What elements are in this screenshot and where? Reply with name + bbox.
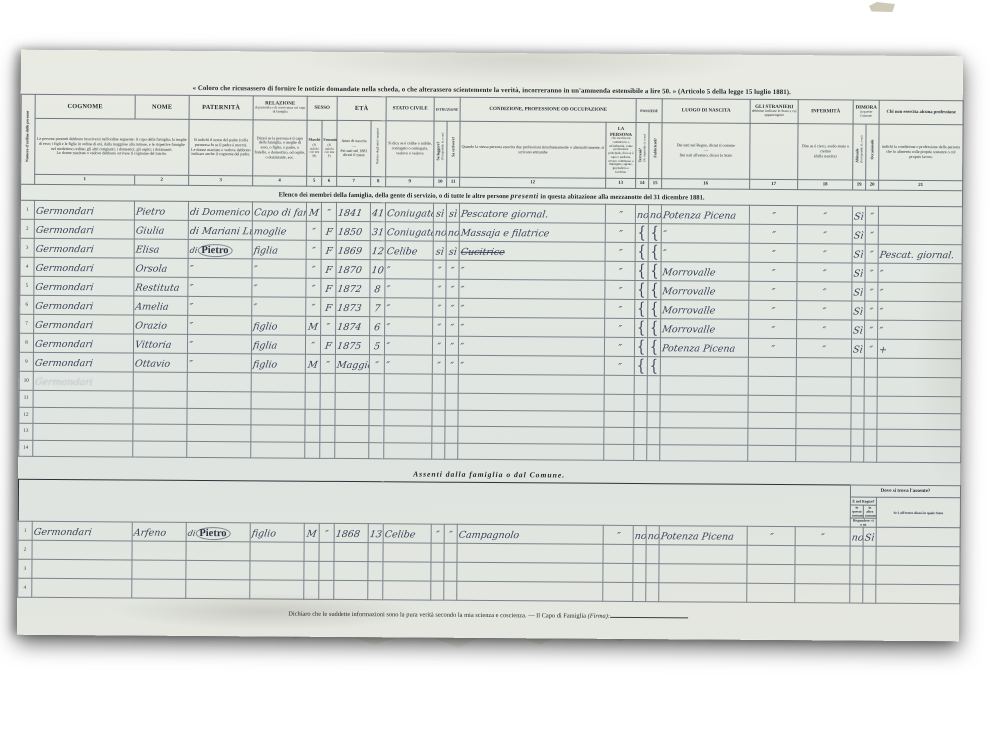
cell-anno: 1869 [336, 240, 370, 259]
cell-m [305, 392, 320, 409]
cell-stran [748, 357, 796, 376]
cell-inf [796, 445, 851, 462]
cell-luogo: Potenza Picena [660, 338, 748, 358]
cell-nome [133, 391, 187, 408]
cell-luogo [659, 545, 747, 565]
cell-leg [432, 443, 445, 460]
cell-nome: Vittoria [133, 334, 187, 353]
row-number: 4 [18, 579, 32, 598]
cell-stran: ″ [749, 224, 797, 243]
cell-persona [604, 375, 634, 394]
cell-relazione: figlio [250, 523, 304, 542]
cell-chi [876, 547, 960, 567]
cell-cond [458, 443, 604, 461]
note-anno-nascita: Anno di nascita — Pei nati nel 1881 dice… [337, 120, 371, 176]
row-number: 10 [19, 371, 33, 390]
cell-occ [864, 396, 877, 413]
cell-m: ″ [305, 335, 320, 354]
cell-occ: ″ [865, 263, 878, 282]
dove-box-title: Dove si trova l'assente? [850, 485, 960, 498]
cell-fabb [647, 411, 660, 428]
cell-scr [445, 374, 458, 393]
cell-cond [458, 393, 604, 411]
cell-stato [383, 581, 431, 600]
cell-stato [384, 426, 432, 443]
cell-f: F [321, 278, 336, 297]
cell-stran [748, 376, 796, 395]
cell-leg: sì [433, 203, 446, 222]
cell-persona [603, 583, 633, 602]
cell-scr [445, 443, 458, 460]
cell-anni: 6 [370, 317, 385, 336]
row-number: 8 [19, 333, 33, 352]
cell-paternita [186, 561, 250, 580]
cell-stato [384, 443, 432, 460]
cell-nome [132, 560, 186, 579]
cell-leg: ″ [432, 336, 445, 355]
cell-anno: 1841 [336, 202, 370, 221]
cell-terr: { [635, 243, 648, 262]
cell-relazione: moglie [252, 221, 306, 240]
cell-stran: ″ [749, 300, 797, 319]
cell-leg [431, 581, 444, 600]
cell-f [320, 409, 335, 426]
subheader-terreni: Terreni?(Si risponda: sì, o no) [636, 123, 649, 179]
cell-inf [796, 412, 851, 429]
cell-occ: ″ [865, 244, 878, 263]
cell-paternita [186, 542, 250, 561]
cell-relazione: ″ [252, 278, 306, 297]
cell-fabb [647, 444, 660, 461]
cell-nome: Ottavio [133, 353, 187, 372]
cell-m [304, 562, 319, 581]
cell-luogo [660, 428, 748, 445]
cell-paternita [186, 580, 250, 599]
header-luogo-nascita: LUOGO DI NASCITA [662, 99, 750, 124]
cell-abit: Sì [852, 244, 865, 263]
cell-abit [851, 446, 864, 463]
cell-terr: { [635, 224, 648, 243]
cell-fabb [646, 583, 659, 602]
stamped-name: Pietro [195, 527, 230, 540]
cell-cognome: Germondari [33, 371, 133, 391]
cell-cognome: Germondari [34, 257, 134, 277]
cell-persona: ″ [605, 242, 635, 261]
header-eta: ETÀ [337, 96, 386, 120]
cell-inf [795, 546, 850, 565]
cell-luogo: Morrovalle [661, 300, 749, 320]
cell-terr [634, 395, 647, 412]
cell-fabb [646, 545, 659, 564]
note-relazione: Dicasi se la persona è il capo della fam… [253, 120, 307, 176]
cell-m [305, 409, 320, 426]
cell-inf: ″ [797, 263, 852, 282]
column-number: 20 [866, 180, 879, 190]
cell-anno [335, 426, 369, 443]
header-cognome: COGNOME [35, 94, 135, 119]
cell-persona: ″ [604, 337, 634, 356]
column-number: 5 [307, 176, 322, 186]
cell-cond: ″ [459, 298, 605, 318]
cell-cognome: Germondari [34, 219, 134, 239]
cell-inf: ″ [796, 339, 851, 358]
cell-fabb: { [648, 243, 661, 262]
cell-chi [876, 528, 960, 548]
cell-stato [384, 374, 432, 393]
cell-paternita [187, 391, 251, 408]
cell-relazione [250, 580, 304, 599]
cell-persona [604, 394, 634, 411]
cell-f: ″ [319, 524, 334, 543]
cell-abit: Sì [852, 282, 865, 301]
cell-cond [457, 563, 603, 583]
row-number: 6 [20, 295, 34, 314]
cell-stran [748, 445, 796, 462]
cell-persona: ″ [605, 318, 635, 337]
cell-persona: ″ [605, 204, 635, 223]
cell-cognome: Germondari [34, 295, 134, 315]
cell-m: ″ [306, 240, 321, 259]
cell-chi [877, 446, 961, 463]
cell-leg [431, 543, 444, 562]
census-sheet: « Coloro che ricusassero di fornire le n… [17, 50, 963, 642]
paper-scrap [869, 2, 895, 12]
cell-cond [458, 374, 604, 394]
cell-fabb [647, 376, 660, 395]
cell-terr: { [635, 262, 648, 281]
cell-stran [748, 412, 796, 429]
cell-scr: ″ [446, 279, 459, 298]
subheader-sa-leggere: Sa leggere?(Si risponda: sì, o no) [434, 121, 447, 177]
cell-leg [432, 374, 445, 393]
cell-luogo [660, 395, 748, 412]
cell-terr: { [635, 281, 648, 300]
cell-cognome: Germondari [34, 200, 134, 220]
header-nome: NOME [135, 95, 189, 119]
cell-anni [369, 393, 384, 410]
assenti-table: Dove si trova l'assente? È nel Regno? Se… [17, 479, 961, 605]
cell-leg: ″ [433, 298, 446, 317]
row-number: 2 [18, 541, 32, 560]
header-condizione: CONDIZIONE, PROFESSIONE OD OCCUPAZIONE [460, 97, 636, 122]
cell-m: ″ [306, 297, 321, 316]
cell-relazione [250, 542, 304, 561]
cell-leg [431, 562, 444, 581]
cell-luogo [659, 583, 747, 603]
cell-nome [133, 424, 187, 441]
cell-f: F [321, 259, 336, 278]
cell-relazione [251, 373, 305, 392]
cell-paternita: ″ [188, 315, 252, 334]
cell-terr: { [635, 319, 648, 338]
header-possiede: POSSIEDE [636, 99, 662, 123]
cell-m: ″ [306, 221, 321, 240]
cell-occ [864, 429, 877, 446]
header-relazione: RELAZIONE di parentela o di convivenza c… [253, 96, 307, 120]
subheader-maschi: Maschi(Si indichi con una M) [307, 120, 322, 176]
cell-relazione [250, 561, 304, 580]
cell-m: ″ [306, 259, 321, 278]
cell-scr: ″ [445, 336, 458, 355]
cell-stran: ″ [747, 527, 795, 546]
row-number: 1 [18, 522, 32, 541]
cell-scr [445, 393, 458, 410]
cell-scr [445, 426, 458, 443]
cell-cognome [32, 579, 132, 599]
header-numero: Numero d'ordine delle persone [21, 94, 36, 184]
cell-leg: ″ [431, 524, 444, 543]
cell-luogo [659, 564, 747, 584]
cell-paternita: di Domenico [188, 201, 252, 220]
cell-abit [850, 565, 863, 584]
cell-relazione: Capo di fam. [252, 202, 306, 221]
cell-scr [444, 563, 457, 582]
cell-cond [458, 410, 604, 428]
cell-stran: ″ [749, 319, 797, 338]
cell-chi [876, 566, 960, 586]
cell-scr: ″ [445, 355, 458, 374]
cell-occ: Sì [863, 527, 876, 546]
cell-nome: Giulia [134, 220, 188, 239]
cell-abit: Sì [852, 263, 865, 282]
cell-inf [795, 584, 850, 603]
cell-m: M [304, 524, 319, 543]
cell-paternita [187, 441, 251, 458]
cell-terr [634, 444, 647, 461]
cell-stato: ″ [385, 298, 433, 317]
cell-abit: Sì [852, 225, 865, 244]
column-number: 15 [649, 179, 662, 189]
cell-nome: Pietro [134, 201, 188, 220]
cell-chi: ″ [878, 282, 962, 302]
note-stato-civile: Si dica se è celibe o nubile, coniugato … [386, 121, 434, 177]
cell-m [305, 373, 320, 392]
cell-scr: ″ [446, 298, 459, 317]
cell-abit [850, 546, 863, 565]
subheader-femmine: Femmine(Si indichi con una F) [322, 120, 337, 176]
cell-occ: ″ [864, 339, 877, 358]
cell-stato: Celibe [385, 241, 433, 260]
cell-anno [334, 543, 368, 562]
cell-occ [864, 358, 877, 377]
cell-anno: 1870 [336, 259, 370, 278]
row-number: 3 [20, 238, 34, 257]
cell-anni [369, 442, 384, 459]
cell-scr: ″ [444, 525, 457, 544]
cell-relazione [251, 442, 305, 459]
cell-leg: ″ [432, 355, 445, 374]
header-infermita: INFERMITÀ [798, 100, 853, 124]
row-number: 1 [20, 200, 34, 219]
cell-chi: ″ [878, 263, 962, 283]
cell-m [304, 543, 319, 562]
cell-fabb: { [647, 338, 660, 357]
header-dimora: DIMORA in questo Comune [853, 100, 879, 124]
cell-fabb [647, 395, 660, 412]
cell-leg: ″ [433, 317, 446, 336]
cell-terr: { [634, 357, 647, 376]
cell-cognome [33, 440, 133, 457]
cell-stran: ″ [749, 262, 797, 281]
note-chi-non-esercita: indichi la condizione o professione dell… [879, 124, 963, 181]
cell-occ: ″ [865, 206, 878, 225]
cell-stran [747, 565, 795, 584]
cell-f [319, 581, 334, 600]
cell-terr [634, 428, 647, 445]
cell-abit: no [850, 527, 863, 546]
cell-m [304, 581, 319, 600]
cell-scr: ″ [446, 260, 459, 279]
cell-abit: Sì [852, 301, 865, 320]
cell-anno: 1873 [336, 297, 370, 316]
cell-cond: Campagnolo [457, 525, 603, 545]
cell-cond: Cucitrice [459, 241, 605, 261]
cell-scr: sì [446, 241, 459, 260]
census-table: Numero d'ordine delle persone COGNOME NO… [18, 94, 964, 464]
cell-nome [133, 372, 187, 391]
cell-terr [633, 564, 646, 583]
cell-stato: ″ [385, 317, 433, 336]
column-number: 17 [750, 179, 798, 189]
cell-paternita [187, 425, 251, 442]
cell-anno [335, 373, 369, 392]
cell-luogo: Morrovalle [661, 281, 749, 301]
cell-paternita: di Pietro [188, 239, 252, 258]
cell-nome: Orazio [134, 315, 188, 334]
cell-inf: ″ [797, 320, 852, 339]
cell-anni: 41 [370, 203, 385, 222]
cell-nome: Elisa [134, 239, 188, 258]
cell-m: M [306, 316, 321, 335]
cell-terr: { [635, 300, 648, 319]
cell-scr [444, 544, 457, 563]
cell-stato: ″ [384, 336, 432, 355]
cell-stato: ″ [385, 260, 433, 279]
note-cognome-nome: Le persone presenti debbono inscriversi … [35, 118, 189, 175]
header-istruzione: ISTRUZIONE [434, 97, 460, 121]
cell-f: F [321, 240, 336, 259]
cell-stran [748, 428, 796, 445]
cell-cond: ″ [459, 279, 605, 299]
cell-f: F [320, 335, 335, 354]
header-stato-civile: STATO CIVILE [386, 97, 434, 121]
column-number: 11 [447, 177, 460, 187]
cell-anni [368, 543, 383, 562]
cell-anno: 1872 [336, 278, 370, 297]
cell-m: ″ [306, 278, 321, 297]
cell-luogo: Morrovalle [661, 262, 749, 282]
cell-abit: Sì [852, 320, 865, 339]
note-stranieri-blank [750, 123, 798, 179]
cell-chi [877, 429, 961, 446]
cell-occ [863, 565, 876, 584]
cell-persona [604, 411, 634, 428]
cell-chi [878, 206, 962, 226]
cell-abit [851, 358, 864, 377]
cell-terr [633, 545, 646, 564]
header-paternita: PATERNITÀ [189, 95, 253, 119]
cell-cognome: Germondari [34, 276, 134, 296]
cell-anni: 13 [368, 524, 383, 543]
cell-fabb [647, 428, 660, 445]
cell-stato [384, 409, 432, 426]
cell-m [305, 425, 320, 442]
cell-persona: ″ [605, 223, 635, 242]
cell-chi [877, 358, 961, 378]
cell-f: ″ [320, 354, 335, 373]
dove-rispondere: Rispondere: sì o no [850, 518, 876, 527]
cell-f: ″ [321, 202, 336, 221]
cell-occ [864, 446, 877, 463]
cell-persona [603, 564, 633, 583]
cell-anni [368, 581, 383, 600]
header-stranieri: GLI STRANIERI debbono indicare lo Stato … [750, 99, 798, 123]
row-number: 14 [19, 440, 33, 457]
cell-f: F [321, 221, 336, 240]
column-number: 19 [853, 180, 866, 190]
cell-cond: ″ [459, 317, 605, 337]
cell-abit [851, 429, 864, 446]
cell-cognome: Germondari [33, 333, 133, 353]
cell-chi [877, 377, 961, 397]
cell-leg: no [433, 222, 446, 241]
column-number: 1 [35, 174, 135, 185]
cell-anni: 8 [370, 279, 385, 298]
cell-persona [604, 427, 634, 444]
cell-paternita: di Mariani Luigi [188, 220, 252, 239]
cell-scr [444, 582, 457, 601]
cell-relazione: figlio [251, 354, 305, 373]
column-number: 2 [135, 175, 189, 185]
cell-stran: ″ [748, 338, 796, 357]
cell-paternita: ″ [187, 334, 251, 353]
cell-chi: ″ [878, 301, 962, 321]
cell-stran: ″ [749, 281, 797, 300]
cell-terr [634, 376, 647, 395]
cell-fabb: { [648, 300, 661, 319]
cell-persona: ″ [605, 261, 635, 280]
cell-leg: sì [433, 241, 446, 260]
cell-paternita [187, 408, 251, 425]
cell-inf: ″ [797, 225, 852, 244]
cell-stran: ″ [749, 205, 797, 224]
cell-anno [335, 409, 369, 426]
cell-f [319, 562, 334, 581]
subheader-sa-scrivere: Sa scrivere? [447, 121, 460, 177]
cell-inf [796, 429, 851, 446]
cell-abit [851, 396, 864, 413]
cell-anno: 1868 [334, 524, 368, 543]
cell-abit [851, 413, 864, 430]
cell-anno: 1875 [335, 335, 369, 354]
dove-altro-comune: in altro comune? [863, 505, 876, 518]
cell-paternita: di Pietro [186, 523, 250, 542]
cell-cond: ″ [459, 260, 605, 280]
cell-anno: 1850 [336, 221, 370, 240]
cell-anni [369, 374, 384, 393]
cell-paternita: ″ [188, 296, 252, 315]
cell-cognome: Germondari [33, 352, 133, 372]
cell-inf: ″ [797, 206, 852, 225]
cell-fabb: no [648, 205, 661, 224]
cell-inf [796, 377, 851, 396]
cell-fabb: { [648, 262, 661, 281]
column-number: 6 [322, 176, 337, 186]
cell-persona [603, 545, 633, 564]
stamped-name: Pietro [197, 244, 232, 257]
cell-f [320, 392, 335, 409]
cell-persona: ″ [605, 299, 635, 318]
